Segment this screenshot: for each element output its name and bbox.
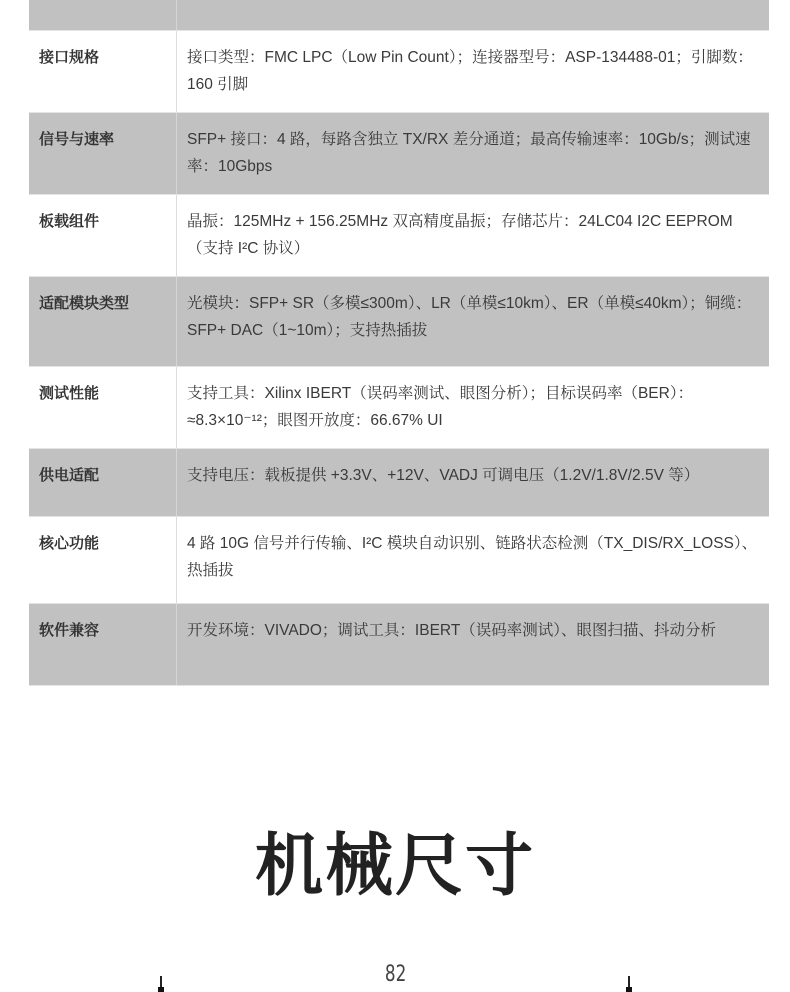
spec-label bbox=[29, 0, 177, 30]
section-heading-mechanical-dimensions: 机械尺寸 bbox=[0, 812, 790, 909]
spec-value: 开发环境：VIVADO；调试工具：IBERT（误码率测试）、眼图扫描、抖动分析 bbox=[177, 604, 769, 685]
spec-value: 光模块：SFP+ SR（多模≤300m）、LR（单模≤10km）、ER（单模≤4… bbox=[177, 277, 769, 366]
spec-value: 支持工具：Xilinx IBERT（误码率测试、眼图分析）；目标误码率（BER）… bbox=[177, 367, 769, 448]
spec-value: 支持电压：载板提供 +3.3V、+12V、VADJ 可调电压（1.2V/1.8V… bbox=[177, 449, 769, 516]
spec-value: 4 路 10G 信号并行传输、I²C 模块自动识别、链路状态检测（TX_DIS/… bbox=[177, 517, 769, 603]
table-row: 供电适配支持电压：载板提供 +3.3V、+12V、VADJ 可调电压（1.2V/… bbox=[29, 449, 769, 517]
dimension-tick-left bbox=[160, 976, 162, 992]
spec-label: 供电适配 bbox=[29, 449, 177, 516]
spec-value: 晶振：125MHz + 156.25MHz 双高精度晶振；存储芯片：24LC04… bbox=[177, 195, 769, 276]
dimension-width-label: 82 bbox=[385, 962, 406, 987]
spec-label: 核心功能 bbox=[29, 517, 177, 603]
table-row: 板载组件晶振：125MHz + 156.25MHz 双高精度晶振；存储芯片：24… bbox=[29, 195, 769, 277]
spec-value: 接口类型：FMC LPC（Low Pin Count）；连接器型号：ASP-13… bbox=[177, 31, 769, 112]
table-row: 信号与速率SFP+ 接口：4 路，每路含独立 TX/RX 差分通道；最高传输速率… bbox=[29, 113, 769, 195]
table-row: 适配模块类型光模块：SFP+ SR（多模≤300m）、LR（单模≤10km）、E… bbox=[29, 277, 769, 367]
table-row: 核心功能4 路 10G 信号并行传输、I²C 模块自动识别、链路状态检测（TX_… bbox=[29, 517, 769, 604]
table-row: 软件兼容开发环境：VIVADO；调试工具：IBERT（误码率测试）、眼图扫描、抖… bbox=[29, 604, 769, 686]
spec-value bbox=[177, 0, 769, 30]
spec-label: 软件兼容 bbox=[29, 604, 177, 685]
spec-value: SFP+ 接口：4 路，每路含独立 TX/RX 差分通道；最高传输速率：10Gb… bbox=[177, 113, 769, 194]
spec-label: 信号与速率 bbox=[29, 113, 177, 194]
table-row bbox=[29, 0, 769, 31]
table-row: 接口规格接口类型：FMC LPC（Low Pin Count）；连接器型号：AS… bbox=[29, 31, 769, 113]
spec-label: 测试性能 bbox=[29, 367, 177, 448]
spec-label: 适配模块类型 bbox=[29, 277, 177, 366]
spec-label: 板载组件 bbox=[29, 195, 177, 276]
spec-label: 接口规格 bbox=[29, 31, 177, 112]
table-row: 测试性能支持工具：Xilinx IBERT（误码率测试、眼图分析）；目标误码率（… bbox=[29, 367, 769, 449]
spec-table: 接口规格接口类型：FMC LPC（Low Pin Count）；连接器型号：AS… bbox=[29, 0, 769, 686]
dimension-tick-right bbox=[628, 976, 630, 992]
